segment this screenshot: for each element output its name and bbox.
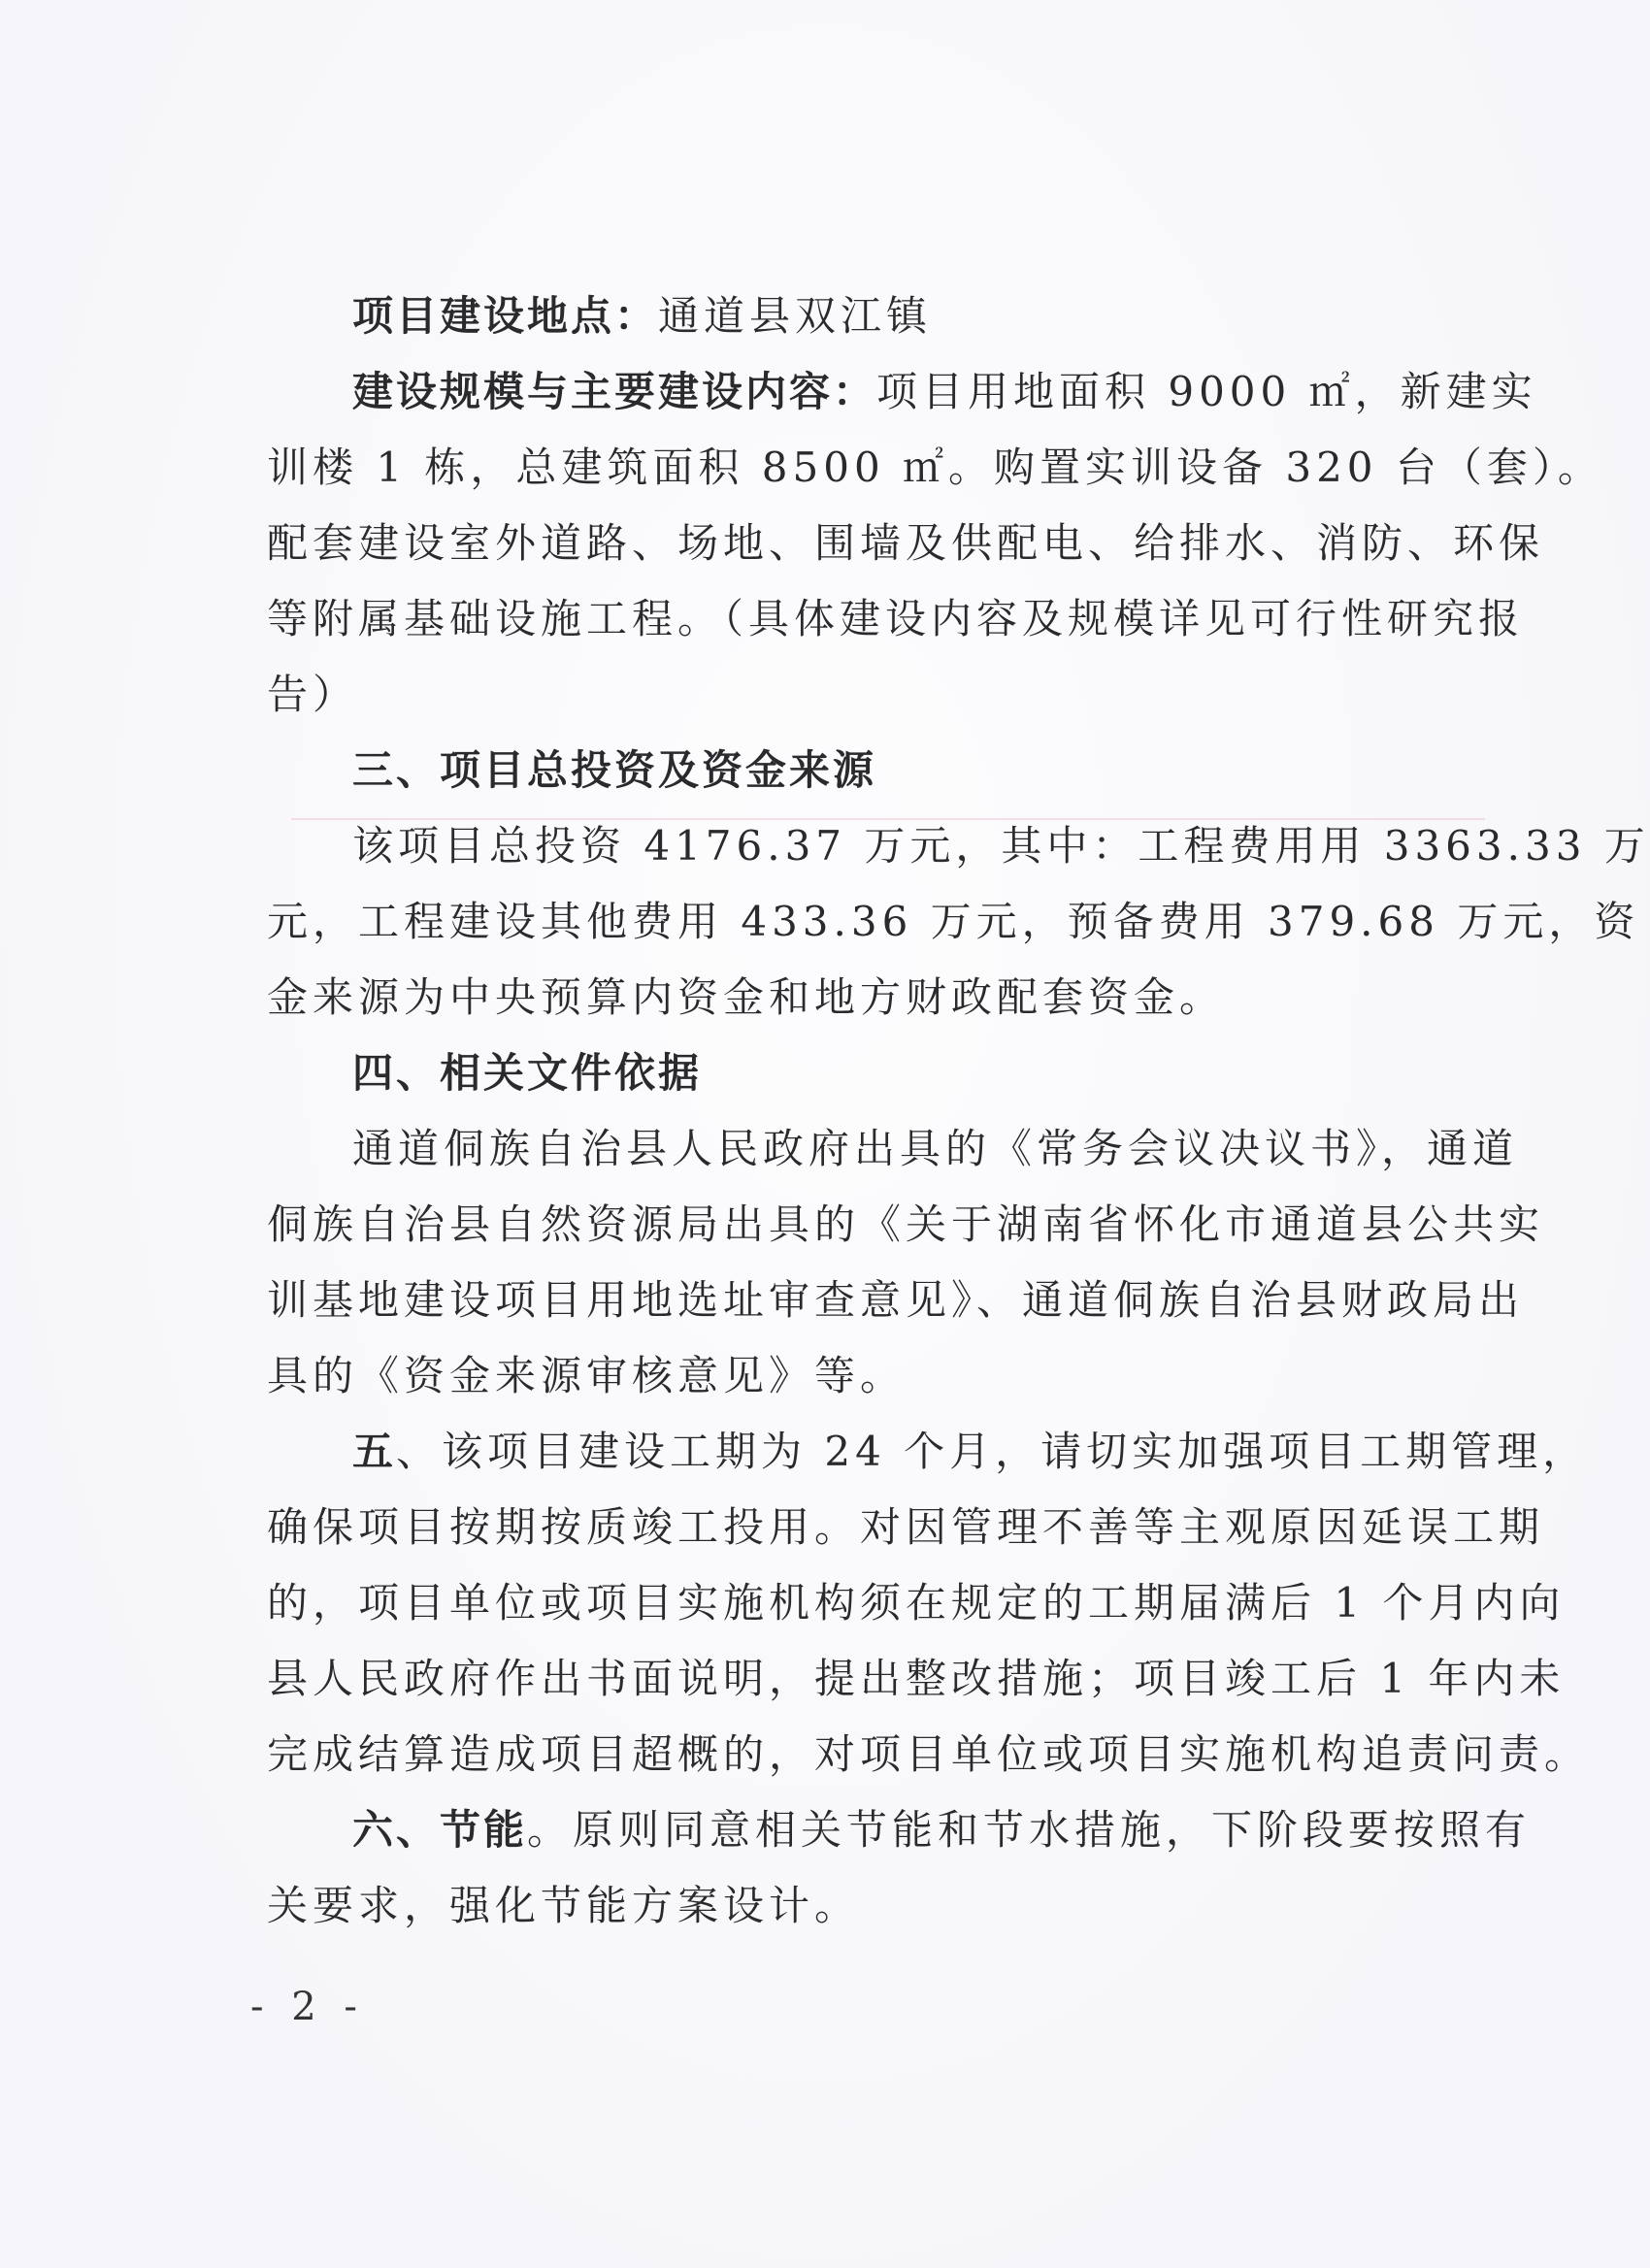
location-label: 项目建设地点：	[352, 292, 658, 340]
scale-text-1: 项目用地面积 9000 ㎡，新建实	[876, 368, 1537, 415]
section-5-line-3: 的，项目单位或项目实施机构须在规定的工期届满后 1 个月内向	[267, 1574, 1470, 1632]
scale-line-3: 配套建设室外道路、场地、围墙及供配电、给排水、消防、环保	[267, 514, 1470, 573]
section-5-line-4: 县人民政府作出书面说明，提出整改措施；项目竣工后 1 年内未	[267, 1650, 1470, 1708]
section-6-heading: 六、节能	[352, 1806, 527, 1854]
section-3-heading: 三、项目总投资及资金来源	[352, 741, 1470, 800]
section-5-number: 五	[352, 1428, 396, 1475]
location-value: 通道县双江镇	[658, 292, 932, 340]
section-5-text-1: 、该项目建设工期为 24 个月，请切实加强项目工期管理，	[396, 1428, 1588, 1475]
scale-label: 建设规模与主要建设内容：	[352, 368, 876, 415]
document-page: 项目建设地点：通道县双江镇 建设规模与主要建设内容：项目用地面积 9000 ㎡，…	[0, 0, 1650, 2268]
section-5-line-2: 确保项目按期按质竣工投用。对因管理不善等主观原因延误工期	[267, 1498, 1470, 1557]
section-4-line-1: 通道侗族自治县人民政府出具的《常务会议决议书》，通道	[352, 1120, 1470, 1178]
section-3-line-1: 该项目总投资 4176.37 万元，其中：工程费用用 3363.33 万	[352, 817, 1470, 875]
section-4-line-2: 侗族自治县自然资源局出具的《关于湖南省怀化市通道县公共实	[267, 1196, 1470, 1254]
location-line: 项目建设地点：通道县双江镇	[352, 287, 1470, 345]
section-3-line-2: 元，工程建设其他费用 433.36 万元，预备费用 379.68 万元，资	[267, 893, 1470, 951]
section-5-line-5: 完成结算造成项目超概的，对项目单位或项目实施机构追责问责。	[267, 1726, 1470, 1784]
section-4-heading: 四、相关文件依据	[352, 1044, 1470, 1102]
section-4-line-4: 具的《资金来源审核意见》等。	[267, 1347, 1470, 1405]
scale-line-4: 等附属基础设施工程。（具体建设内容及规模详见可行性研究报	[267, 590, 1470, 648]
section-3-line-3: 金来源为中央预算内资金和地方财政配套资金。	[267, 969, 1470, 1027]
section-5-line-1: 五、该项目建设工期为 24 个月，请切实加强项目工期管理，	[352, 1423, 1470, 1481]
scale-line-5: 告）	[267, 666, 1470, 724]
scale-line-2: 训楼 1 栋，总建筑面积 8500 ㎡。购置实训设备 320 台（套）。	[267, 439, 1470, 497]
page-number: - 2 -	[250, 1980, 365, 2034]
section-4-line-3: 训基地建设项目用地选址审查意见》、通道侗族自治县财政局出	[267, 1271, 1470, 1330]
scale-line-1: 建设规模与主要建设内容：项目用地面积 9000 ㎡，新建实	[352, 363, 1470, 421]
section-6-text-1: 。原则同意相关节能和节水措施，下阶段要按照有	[527, 1806, 1531, 1854]
section-6-line-1: 六、节能。原则同意相关节能和节水措施，下阶段要按照有	[352, 1801, 1470, 1859]
section-6-line-2: 关要求，强化节能方案设计。	[267, 1877, 1470, 1935]
